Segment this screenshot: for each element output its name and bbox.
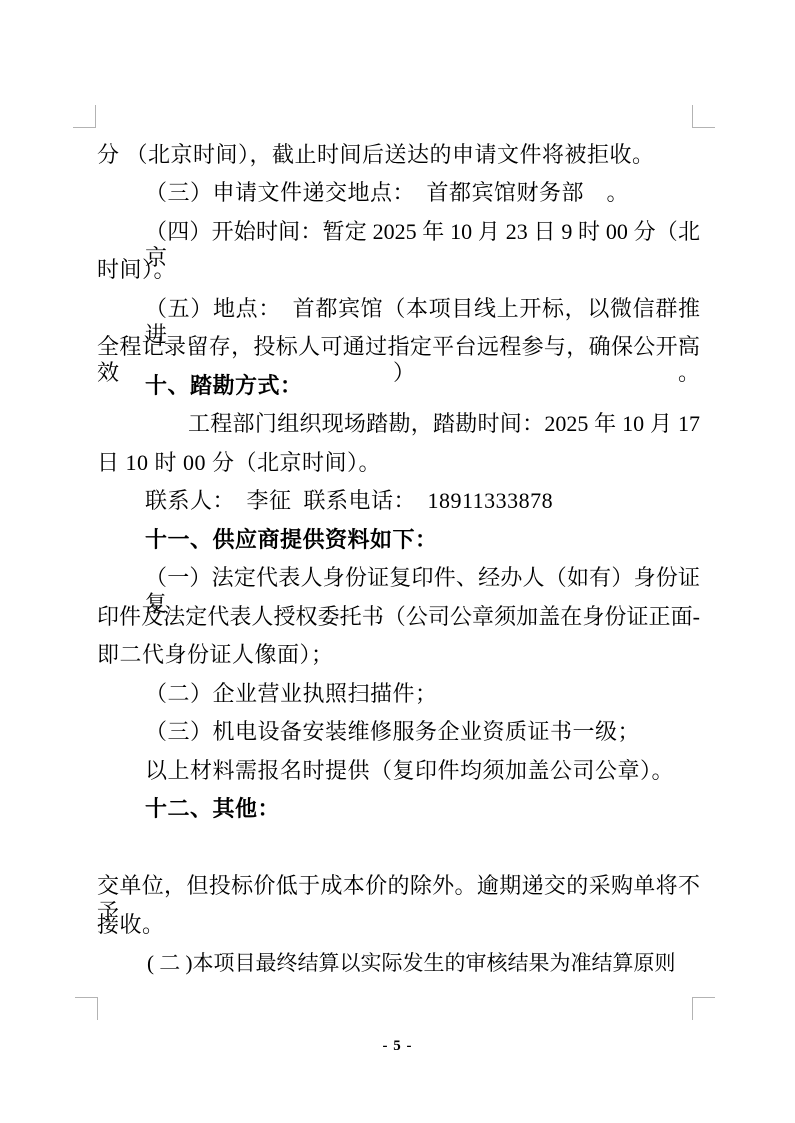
document-line: 日 10 时 00 分（北京时间）。 <box>97 450 381 476</box>
document-line: 以上材料需报名时提供（复印件均须加盖公司公章）。 <box>145 758 674 784</box>
document-line: 分 （北京时间），截止时间后送达的申请文件将被拒收。 <box>97 142 655 168</box>
crop-mark-bottom-right <box>692 997 715 1020</box>
section-heading: 十一、供应商提供资料如下： <box>145 527 438 553</box>
document-line: 时间）。 <box>97 257 176 283</box>
document-page: 分 （北京时间），截止时间后送达的申请文件将被拒收。 （三）申请文件递交地点： … <box>0 0 795 1123</box>
document-line: 即二代身份证人像面）； <box>97 642 334 668</box>
page-number: - 5 - <box>0 1038 795 1055</box>
document-line: 工程部门组织现场踏勘，踏勘时间：2025 年 10 月 17 <box>188 411 700 437</box>
section-heading: 十、踏勘方式： <box>145 373 303 399</box>
document-line: （四）开始时间：暂定 2025 年 10 月 23 日 9 时 00 分（北京 <box>145 219 700 271</box>
document-line: （三）机电设备安装维修服务企业资质证书一级； <box>145 719 640 745</box>
document-line: ( 二 )本项目最终结算以实际发生的审核结果为准结算原则 <box>147 950 675 976</box>
document-line: 交单位，但投标价低于成本价的除外。逾期递交的采购单将不予 <box>97 873 700 925</box>
crop-mark-bottom-left <box>75 997 98 1020</box>
crop-mark-top-right <box>692 105 715 128</box>
document-line: 印件及法定代表人授权委托书（公司公章须加盖在身份证正面- <box>97 604 700 630</box>
document-line: 接收。 <box>97 912 165 938</box>
contact-line: 联系人： 李征 联系电话： 18911333878 <box>145 488 553 514</box>
crop-mark-top-left <box>73 105 96 128</box>
document-line: （二）企业营业执照扫描件； <box>145 681 438 707</box>
section-heading: 十二、其他： <box>145 796 280 822</box>
document-line: （三）申请文件递交地点： 首都宾馆财务部 。 <box>145 180 629 206</box>
